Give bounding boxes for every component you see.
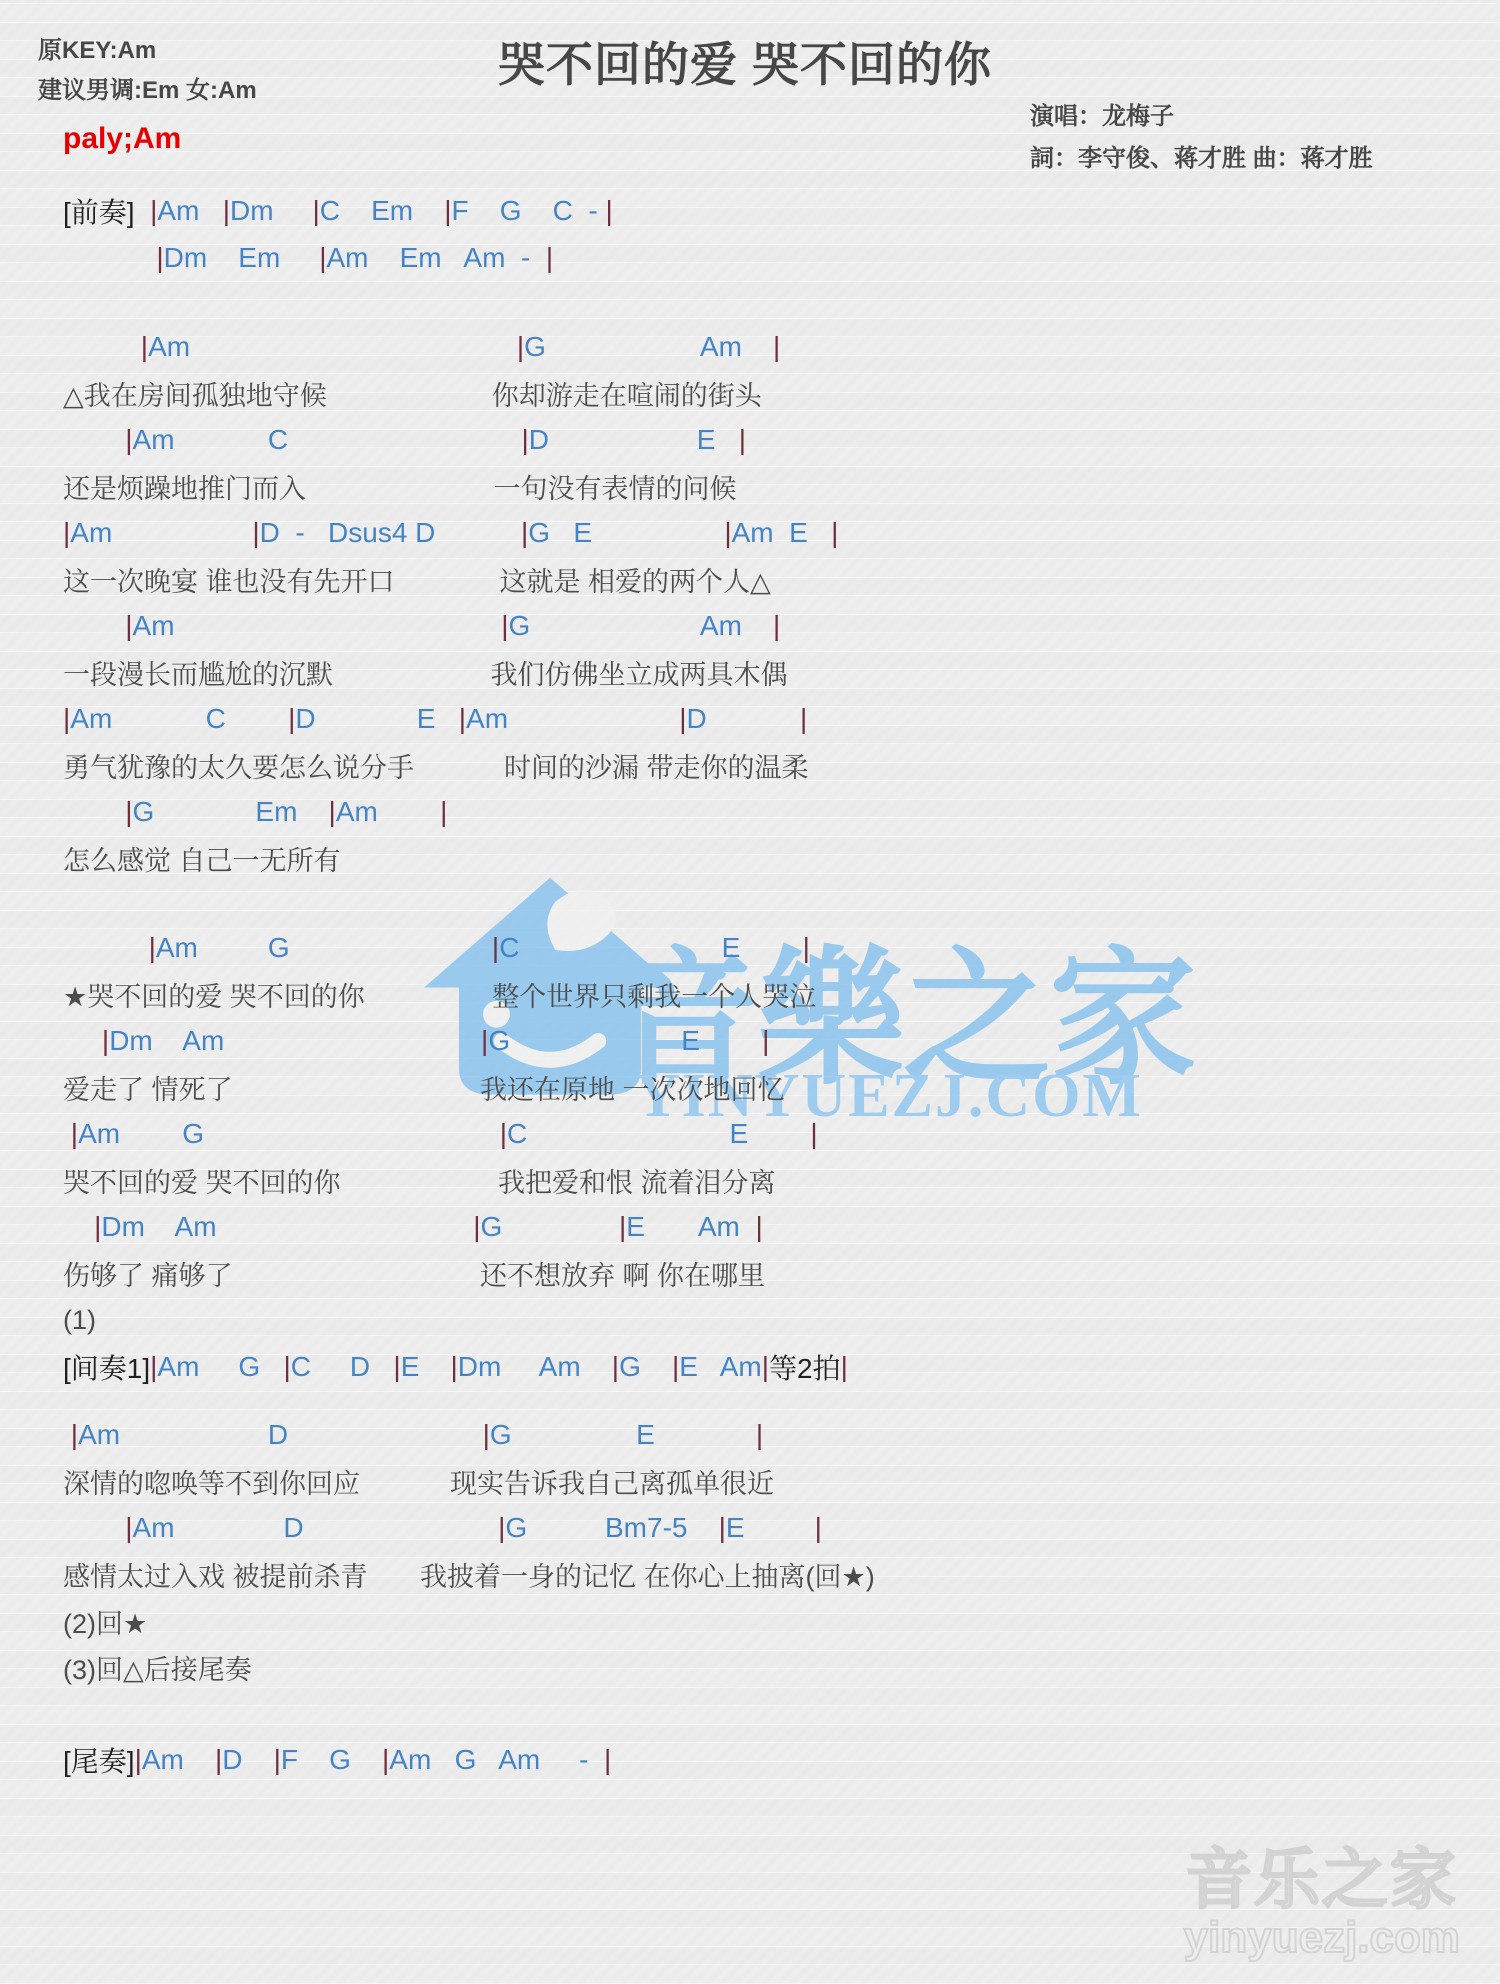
lyricist-composer-credit: 詞：李守俊、蒋才胜 曲：蒋才胜 (1030, 138, 1373, 173)
chord-line: |Am C |D E | (63, 417, 1480, 464)
section-label: [尾奏] (63, 1740, 135, 1780)
chord-line: [间奏1]|Am G |C D |E |Dm Am |G |E Am|等2拍| (63, 1344, 1480, 1391)
bar-separator: | (444, 195, 451, 227)
chord-token: Am C (70, 703, 288, 735)
bar-separator: | (755, 1211, 762, 1243)
chord-token: Am (70, 517, 252, 549)
chord-line: |Am G |C E | (63, 925, 1480, 972)
lyric-line: 一段漫长而尴尬的沉默 我们仿佛坐立成两具木偶 (63, 650, 1480, 697)
chord-line: |Am |D - Dsus4 D |G E |Am E | (63, 510, 1480, 557)
chord-token: Am (157, 195, 222, 227)
bar-separator: | (841, 1351, 848, 1383)
bar-separator: | (619, 1211, 626, 1243)
section-label: [前奏] (63, 191, 150, 231)
chord-line: |Dm Em |Am Em Am - | (63, 235, 1480, 282)
play-key-label: paly;Am (63, 122, 181, 156)
bar-separator: | (135, 1744, 142, 1776)
bar-separator: | (459, 703, 466, 735)
chord-token: G Bm7-5 (505, 1512, 718, 1544)
bar-separator: | (521, 517, 528, 549)
bar-separator: | (319, 242, 326, 274)
chord-token: Dm Am (101, 1211, 473, 1243)
chord-token: D - Dsus4 D (260, 517, 521, 549)
bar-separator: | (500, 1118, 507, 1150)
suggested-key: 建议男调:Em 女:Am (38, 70, 257, 105)
bar-separator: | (831, 517, 838, 549)
bar-separator: | (63, 703, 70, 735)
chord-line: [尾奏]|Am |D |F G |Am G Am - | (63, 1737, 1480, 1784)
bar-separator: | (125, 1512, 132, 1544)
bar-separator: | (94, 1211, 101, 1243)
bar-separator: | (612, 1351, 619, 1383)
chord-token (63, 1118, 71, 1150)
bar-separator: | (150, 1351, 157, 1383)
chord-token: Am C (133, 424, 522, 456)
bar-separator: | (521, 424, 528, 456)
bar-separator: | (679, 703, 686, 735)
chord-token: G E (490, 1419, 756, 1451)
chord-token (63, 1512, 125, 1544)
chord-line: |Am |G Am | (63, 603, 1480, 650)
lyric-line: 伤够了 痛够了 还不想放弃 啊 你在哪里 (63, 1251, 1480, 1298)
chord-line: |Am D |G E | (63, 1412, 1480, 1459)
chord-token: Am G (156, 932, 492, 964)
chord-token: D E (295, 703, 458, 735)
chord-token: D E (529, 424, 739, 456)
bar-separator: | (102, 1025, 109, 1057)
lyric-line: 爱走了 情死了 我还在原地 一次次地回忆 (63, 1065, 1480, 1112)
song-title: 哭不回的爱 哭不回的你 (355, 28, 1135, 95)
chord-token: Am (148, 331, 517, 363)
chord-line: |Am |G Am | (63, 324, 1480, 371)
bar-separator: | (440, 796, 447, 828)
bar-separator: | (498, 1512, 505, 1544)
chord-token: Dm Am (109, 1025, 481, 1057)
chord-line: |G Em |Am | (63, 789, 1480, 836)
chord-sheet-page: 原KEY:Am 建议男调:Em 女:Am paly;Am 哭不回的爱 哭不回的你… (0, 0, 1500, 1984)
chord-token: G E (488, 1025, 762, 1057)
bar-separator: | (149, 932, 156, 964)
lyric-line: △我在房间孤独地守候 你却游走在喧闹的街头 (63, 371, 1480, 418)
chord-line: |Am D |G Bm7-5 |E | (63, 1505, 1480, 1552)
lyric-line: 感情太过入戏 被提前杀青 我披着一身的记忆 在你心上抽离(回★) (63, 1552, 1480, 1599)
chord-token: E (726, 1512, 815, 1544)
chord-line: |Am G |C E | (63, 1111, 1480, 1158)
chord-token (63, 1419, 71, 1451)
chord-token: Am G (157, 1351, 283, 1383)
bar-separator: | (546, 242, 553, 274)
lyric-line: (1) (63, 1297, 1480, 1344)
chord-token: G Am (509, 610, 774, 642)
bar-separator: | (492, 932, 499, 964)
bar-separator: | (125, 610, 132, 642)
bar-separator: | (501, 610, 508, 642)
chord-token: F G (281, 1744, 382, 1776)
corner-watermark: 音乐之家 yinyuezj.com (1184, 1846, 1460, 1964)
bar-separator: | (604, 1744, 611, 1776)
chord-line: |Dm Am |G E | (63, 1018, 1480, 1065)
lyric-line: 还是烦躁地推门而入 一句没有表情的问候 (63, 464, 1480, 511)
line-gap (63, 882, 1480, 925)
chord-token: C E (507, 1118, 810, 1150)
bar-separator: | (125, 424, 132, 456)
bar-separator: | (71, 1419, 78, 1451)
bar-separator: | (481, 1025, 488, 1057)
bar-separator: | (283, 1351, 290, 1383)
lyric-line: 这一次晚宴 谁也没有先开口 这就是 相爱的两个人△ (63, 557, 1480, 604)
bar-separator: | (288, 703, 295, 735)
bar-separator: | (156, 242, 163, 274)
chord-token: Am D (133, 1512, 499, 1544)
chord-token: C Em (320, 195, 444, 227)
lyric-line: 深情的唿唤等不到你回应 现实告诉我自己离孤单很近 (63, 1459, 1480, 1506)
line-gap (63, 1691, 1480, 1737)
corner-watermark-en: yinyuezj.com (1184, 1912, 1460, 1964)
bar-separator: | (773, 610, 780, 642)
bar-separator: | (815, 1512, 822, 1544)
bar-separator: | (483, 1419, 490, 1451)
bar-separator: | (252, 517, 259, 549)
lyric-line: ★哭不回的爱 哭不回的你 整个世界只剩我一个人哭泣 (63, 972, 1480, 1019)
chord-token: E Am (626, 1211, 755, 1243)
lyric-line: 哭不回的爱 哭不回的你 我把爱和恨 流着泪分离 (63, 1158, 1480, 1205)
bar-separator: | (810, 1118, 817, 1150)
chord-token (63, 331, 141, 363)
chord-token: Am D (78, 1419, 483, 1451)
chord-token (63, 242, 156, 274)
chord-token: Am E (732, 517, 832, 549)
chord-token: Dm Am (458, 1351, 612, 1383)
bar-separator: | (473, 1211, 480, 1243)
chord-token: G (481, 1211, 619, 1243)
bar-separator: | (274, 1744, 281, 1776)
chord-token: Dm (230, 195, 312, 227)
chord-token (63, 1025, 102, 1057)
section-label: [间奏1] (63, 1347, 150, 1387)
chord-token: Am (142, 1744, 215, 1776)
bar-separator: | (773, 331, 780, 363)
bar-separator: | (517, 331, 524, 363)
chord-token: G Em (133, 796, 329, 828)
chord-token (63, 1211, 94, 1243)
chord-token: D (222, 1744, 273, 1776)
bar-separator: | (756, 1419, 763, 1451)
bar-separator: | (63, 517, 70, 549)
chord-token: Am (466, 703, 679, 735)
chord-line: |Am C |D E |Am |D | (63, 696, 1480, 743)
bar-separator: | (450, 1351, 457, 1383)
chord-token: C E (499, 932, 802, 964)
chord-token (63, 424, 125, 456)
bar-separator: | (71, 1118, 78, 1150)
bar-separator: | (803, 932, 810, 964)
chord-token: C D (291, 1351, 394, 1383)
corner-watermark-cn: 音乐之家 (1184, 1846, 1460, 1912)
bar-separator: | (329, 796, 336, 828)
chord-token: E Am (679, 1351, 761, 1383)
singer-credit: 演唱：龙梅子 (1030, 96, 1174, 131)
bar-separator: | (223, 195, 230, 227)
lyric-line: (3)回△后接尾奏 (63, 1645, 1480, 1692)
chord-line: [前奏] |Am |Dm |C Em |F G C - | (63, 188, 1480, 235)
bar-separator: | (762, 1351, 769, 1383)
line-gap (63, 1390, 1480, 1412)
chord-token (63, 932, 149, 964)
chord-token: G Am (524, 331, 773, 363)
section-label: 等2拍 (769, 1347, 841, 1387)
bar-separator: | (382, 1744, 389, 1776)
chord-token: Am (133, 610, 502, 642)
chord-token (63, 796, 125, 828)
bar-separator: | (762, 1025, 769, 1057)
bar-separator: | (719, 1512, 726, 1544)
bar-separator: | (800, 703, 807, 735)
line-gap (63, 281, 1480, 324)
bar-separator: | (312, 195, 319, 227)
bar-separator: | (393, 1351, 400, 1383)
bar-separator: | (672, 1351, 679, 1383)
bar-separator: | (739, 424, 746, 456)
chord-token: Am G (78, 1118, 500, 1150)
bar-separator: | (141, 331, 148, 363)
chord-token: G E (528, 517, 724, 549)
chord-token (63, 610, 125, 642)
chord-token: F G C - (452, 195, 606, 227)
bar-separator: | (150, 195, 157, 227)
lyric-line: (2)回★ (63, 1598, 1480, 1645)
chord-token: E (401, 1351, 451, 1383)
chord-token: Am G Am - (389, 1744, 604, 1776)
chord-token: D (686, 703, 800, 735)
bar-separator: | (215, 1744, 222, 1776)
chord-token: Dm Em (164, 242, 320, 274)
chord-token: Am (336, 796, 440, 828)
lyric-line: 怎么感觉 自己一无所有 (63, 836, 1480, 883)
sheet-lines: [前奏] |Am |Dm |C Em |F G C - | |Dm Em |Am… (63, 188, 1480, 1784)
chord-token: G (619, 1351, 672, 1383)
bar-separator: | (724, 517, 731, 549)
chord-line: |Dm Am |G |E Am | (63, 1204, 1480, 1251)
bar-separator: | (606, 195, 613, 227)
bar-separator: | (125, 796, 132, 828)
chord-token: Am Em Am - (326, 242, 545, 274)
lyric-line: 勇气犹豫的太久要怎么说分手 时间的沙漏 带走你的温柔 (63, 743, 1480, 790)
original-key: 原KEY:Am (38, 30, 156, 65)
